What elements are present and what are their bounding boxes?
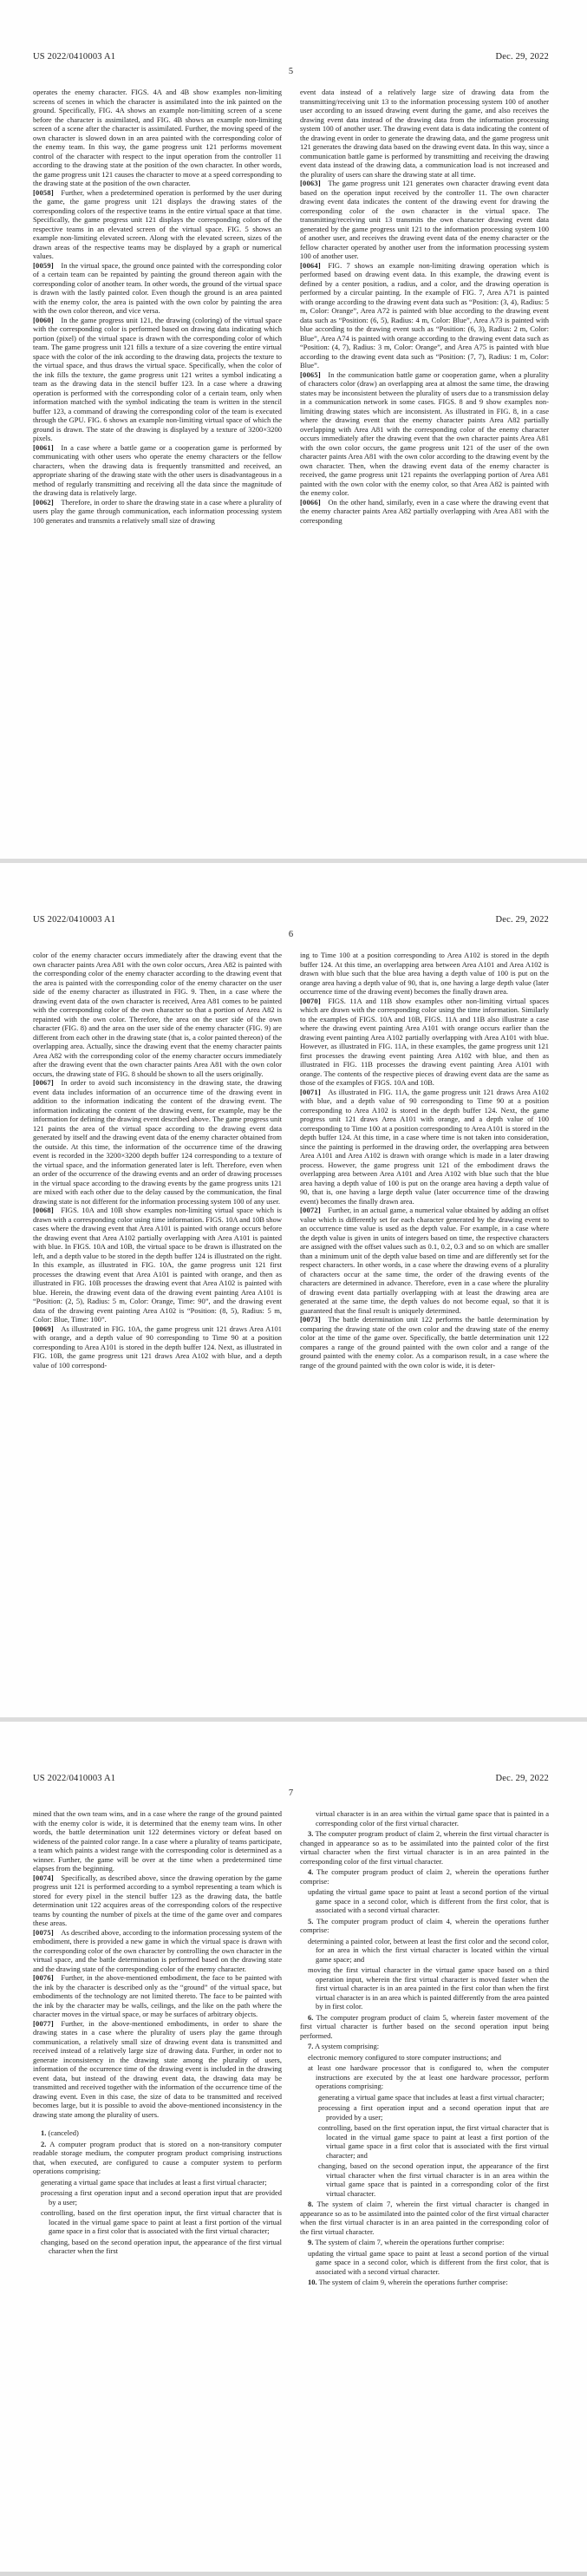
text-columns: mined that the own team wins, and in a c… [33, 1809, 549, 2557]
publication-date: Dec. 29, 2022 [495, 1774, 549, 1783]
publication-date: Dec. 29, 2022 [495, 915, 549, 925]
column-left: mined that the own team wins, and in a c… [33, 1809, 282, 2557]
paragraph: generating a virtual game space that inc… [326, 2093, 549, 2102]
page-number: 6 [33, 930, 549, 939]
paragraph: controlling, based on the first operatio… [49, 2208, 282, 2236]
paragraph-0066: [0066] On the other hand, similarly, eve… [300, 498, 549, 526]
paragraph-0067: [0067] In order to avoid such inconsiste… [33, 1078, 282, 1206]
paragraph: mined that the own team wins, and in a c… [33, 1809, 282, 1873]
column-left: operates the enemy character. FIGS. 4A a… [33, 88, 282, 835]
paragraph-0062: [0062] Therefore, in order to share the … [33, 498, 282, 526]
publication-number: US 2022/0410003 A1 [33, 915, 115, 925]
paragraph-0074: [0074] Specifically, as described above,… [33, 1873, 282, 1928]
publication-number: US 2022/0410003 A1 [33, 1774, 115, 1783]
patent-page: US 2022/0410003 A1 Dec. 29, 2022 6 color… [0, 859, 587, 1717]
paragraph: moving the first virtual character in th… [316, 1965, 549, 2011]
paragraph-0063: [0063] The game progress unit 121 genera… [300, 179, 549, 261]
claim-5: 5. The computer program product of claim… [300, 1917, 549, 1935]
paragraph: changing, based on the second operation … [326, 2161, 549, 2198]
text-columns: operates the enemy character. FIGS. 4A a… [33, 88, 549, 835]
claim-2: 2. A computer program product that is st… [33, 2140, 282, 2176]
paragraph-0077: [0077] Further, in the above-mentioned e… [33, 2019, 282, 2120]
paragraph-0071: [0071] As illustrated in FIG. 11A, the g… [300, 1088, 549, 1206]
paragraph-0073: [0073] The battle determination unit 122… [300, 1315, 549, 1370]
claim-8: 8. The system of claim 7, wherein the fi… [300, 2200, 549, 2236]
paragraph: processing a first operation input and a… [49, 2188, 282, 2207]
publication-date: Dec. 29, 2022 [495, 52, 549, 62]
document: US 2022/0410003 A1 Dec. 29, 2022 5 opera… [0, 0, 587, 2576]
text-columns: color of the enemy character occurs imme… [33, 951, 549, 1698]
paragraph-0068: [0068] FIGS. 10A and 10B show examples n… [33, 1206, 282, 1324]
column-right: event data instead of a relatively large… [300, 88, 549, 835]
claim-6: 6. The computer program product of claim… [300, 2013, 549, 2041]
page-header: US 2022/0410003 A1 Dec. 29, 2022 [33, 52, 549, 62]
paragraph: virtual character is in an area within t… [316, 1809, 549, 1827]
paragraph-0072: [0072] Further, in an actual game, a num… [300, 1206, 549, 1315]
paragraph: controlling, based on the first operatio… [326, 2123, 549, 2160]
paragraph: changing, based on the second operation … [49, 2238, 282, 2256]
publication-number: US 2022/0410003 A1 [33, 52, 115, 62]
page-header: US 2022/0410003 A1 Dec. 29, 2022 [33, 1774, 549, 1783]
column-right: ing to Time 100 at a position correspond… [300, 951, 549, 1698]
paragraph-0059: [0059] In the virtual space, the ground … [33, 261, 282, 316]
claim-10: 10. The system of claim 9, wherein the o… [300, 2278, 549, 2287]
patent-page: US 2022/0410003 A1 Dec. 29, 2022 5 opera… [0, 0, 587, 859]
patent-page: US 2022/0410003 A1 Dec. 29, 2022 7 mined… [0, 1717, 587, 2576]
paragraph: color of the enemy character occurs imme… [33, 951, 282, 1078]
paragraph: operates the enemy character. FIGS. 4A a… [33, 88, 282, 188]
paragraph: updating the virtual game space to paint… [316, 2249, 549, 2277]
paragraph-0064: [0064] FIG. 7 shows an example non-limit… [300, 261, 549, 370]
claim-4: 4. The computer program product of claim… [300, 1867, 549, 1886]
column-left: color of the enemy character occurs imme… [33, 951, 282, 1698]
paragraph-0069: [0069] As illustrated in FIG. 10A, the g… [33, 1324, 282, 1370]
paragraph-0075: [0075] As described above, according to … [33, 1928, 282, 1974]
paragraph-0061: [0061] In a case where a battle game or … [33, 443, 282, 498]
paragraph: generating a virtual game space that inc… [49, 2178, 282, 2187]
paragraph-0060: [0060] In the game progress unit 121, th… [33, 316, 282, 443]
paragraph: electronic memory configured to store co… [316, 2053, 549, 2063]
paragraph: event data instead of a relatively large… [300, 88, 549, 179]
paragraph: updating the virtual game space to paint… [316, 1887, 549, 1915]
paragraph: ing to Time 100 at a position correspond… [300, 951, 549, 997]
paragraph-0065: [0065] In the communication battle game … [300, 370, 549, 498]
paragraph: at least one hardware processor that is … [316, 2063, 549, 2091]
paragraph-0070: [0070] FIGS. 11A and 11B show examples o… [300, 997, 549, 1088]
claim-1: 1. (canceled) [33, 2128, 282, 2138]
paragraph-0058: [0058] Further, when a predetermined ope… [33, 188, 282, 261]
page-number: 5 [33, 67, 549, 76]
claim-3: 3. The computer program product of claim… [300, 1829, 549, 1866]
column-right: virtual character is in an area within t… [300, 1809, 549, 2557]
paragraph-0076: [0076] Further, in the above-mentioned e… [33, 1973, 282, 2019]
page-number: 7 [33, 1788, 549, 1798]
claim-7: 7. A system comprising: [300, 2042, 549, 2051]
paragraph: processing a first operation input and a… [326, 2103, 549, 2122]
paragraph: determining a painted color, between at … [316, 1937, 549, 1965]
page-header: US 2022/0410003 A1 Dec. 29, 2022 [33, 915, 549, 925]
claim-9: 9. The system of claim 7, wherein the op… [300, 2238, 549, 2247]
